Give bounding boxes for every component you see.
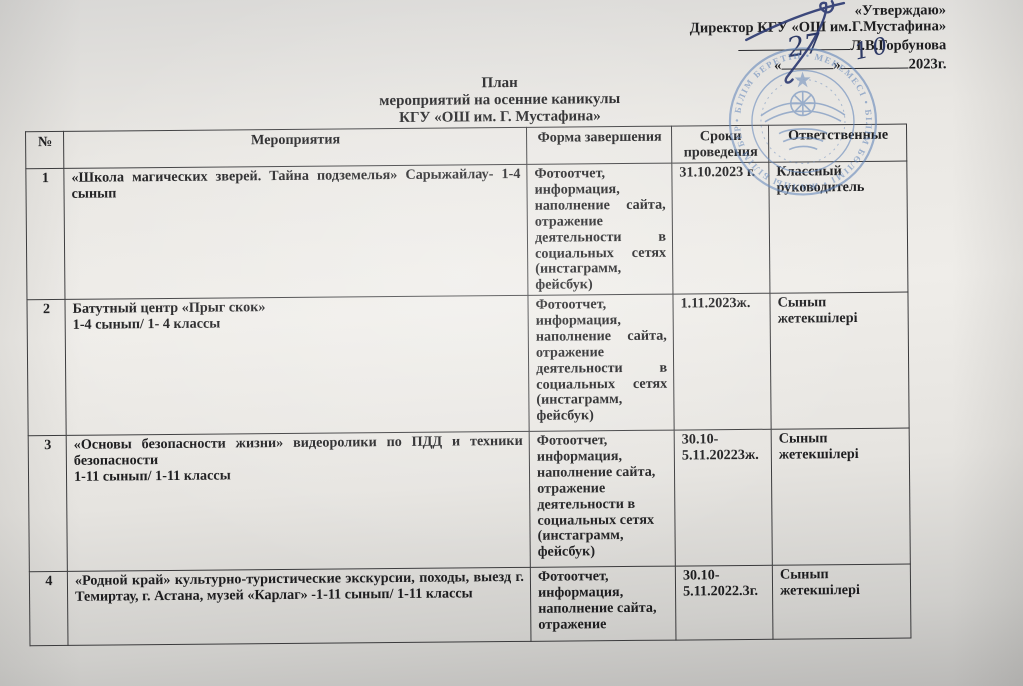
cell-responsible: Сынып жетекшілері <box>772 564 911 639</box>
cell-num: 1 <box>26 168 65 299</box>
quote-close: » <box>833 57 840 73</box>
cell-event: Батутный центр «Прыг скок» 1-4 сынып/ 1-… <box>65 295 529 435</box>
photographed-document-page: «Утверждаю» Директор КГУ «ОШ им.Г.Мустаф… <box>0 0 1023 686</box>
page-title: План мероприятий на осенние каникулы КГУ… <box>60 71 940 130</box>
date-day-blank: 27 <box>781 55 833 69</box>
table-row: 3 «Основы безопасности жизни» видеоролик… <box>28 428 910 572</box>
approval-block: «Утверждаю» Директор КГУ «ОШ им.Г.Мустаф… <box>526 3 947 76</box>
cell-form: Фотоотчет, информация, наполнение сайта,… <box>530 566 676 641</box>
cell-event: «Школа магических зверей. Тайна подземел… <box>64 164 528 299</box>
cell-dates: 30.10- 5.11.20223ж. <box>674 429 772 566</box>
column-header-event: Мероприятия <box>64 127 527 168</box>
director-name: Л.В.Горбунова <box>850 37 946 54</box>
column-header-num: № <box>26 131 64 168</box>
cell-responsible: Сынып жетекшілері <box>771 428 910 565</box>
table-row: 4 «Родной край» культурно-туристические … <box>29 564 911 646</box>
cell-responsible: Классный руководитель <box>769 161 908 293</box>
document-content: «Утверждаю» Директор КГУ «ОШ им.Г.Мустаф… <box>0 0 1023 686</box>
cell-event: «Основы безопасности жизни» видеоролики … <box>66 431 530 571</box>
column-header-dates: Сроки проведения <box>671 125 768 163</box>
cell-num: 2 <box>27 299 66 435</box>
cell-event: «Родной край» культурно-туристические эк… <box>67 567 531 645</box>
cell-dates: 30.10- 5.11.2022.3г. <box>675 565 773 640</box>
cell-num: 4 <box>29 571 68 645</box>
cell-responsible: Сынып жетекшілері <box>770 292 909 429</box>
cell-dates: 1.11.2023ж. <box>673 293 771 430</box>
column-header-form: Форма завершения <box>526 126 671 164</box>
table-row: 1 «Школа магических зверей. Тайна подзем… <box>26 161 908 300</box>
year-suffix: 2023г. <box>909 56 947 72</box>
signature-blank <box>738 36 850 51</box>
cell-form: Фотоотчет, информация, наполнение сайта,… <box>529 430 675 567</box>
cell-num: 3 <box>28 435 67 571</box>
table-row: 2 Батутный центр «Прыг скок» 1-4 сынып/ … <box>27 292 909 436</box>
plan-table: № Мероприятия Форма завершения Сроки про… <box>25 124 911 647</box>
cell-form: Фотоотчет, информация, наполнение сайта,… <box>528 294 674 431</box>
date-month-blank: 10 <box>841 54 909 69</box>
cell-form: Фотоотчет, информация, наполнение сайта,… <box>527 163 673 295</box>
column-header-responsible: Ответственные <box>768 124 906 162</box>
cell-dates: 31.10.2023 г. <box>672 162 770 294</box>
